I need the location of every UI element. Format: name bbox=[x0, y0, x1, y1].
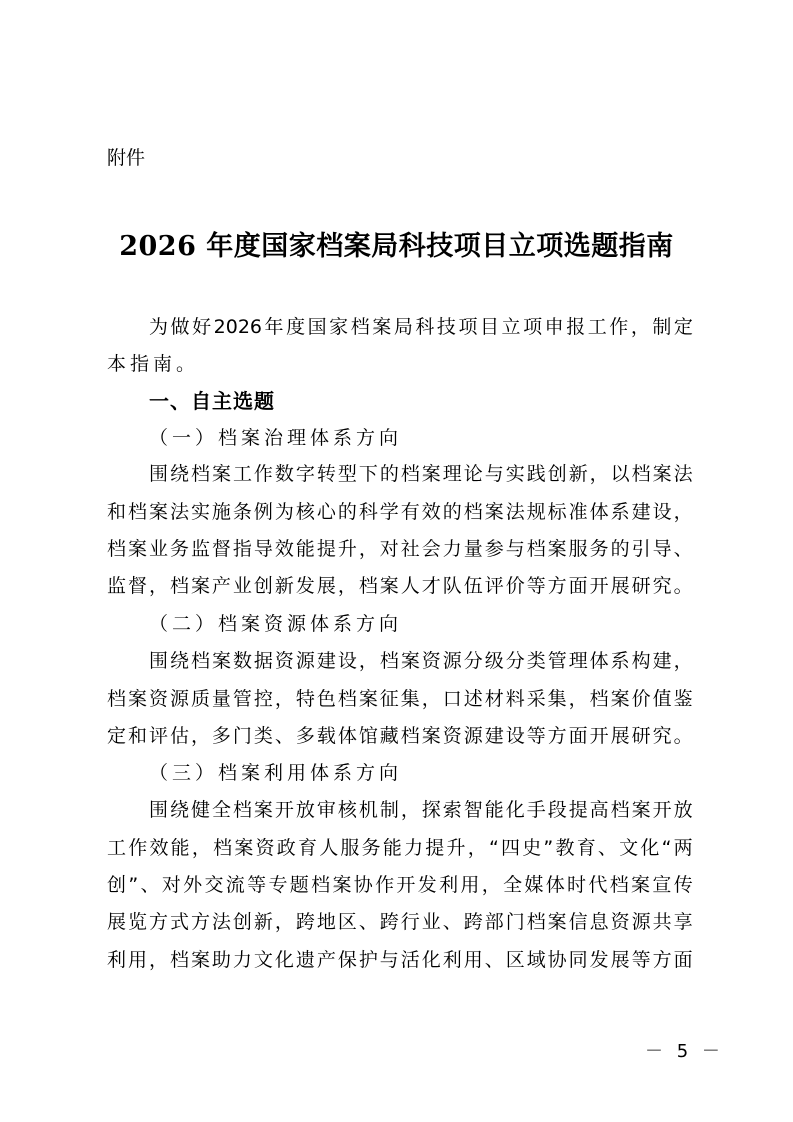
document-page: 附件 2026 年度国家档案局科技项目立项选题指南 为做好2026年度国家档案局… bbox=[0, 0, 793, 1122]
intro-line-1: 为做好2026年度国家档案局科技项目立项申报工作，制定 bbox=[149, 315, 693, 339]
page-number: － 5 － bbox=[645, 1041, 724, 1063]
paragraph-line: 工作效能，档案资政育人服务能力提升，“四史”教育、文化“两 bbox=[107, 836, 693, 860]
paragraph-line: 围绕健全档案开放审核机制，探索智能化手段提高档案开放 bbox=[149, 798, 693, 822]
subsection-heading-3: （三）档案利用体系方向 bbox=[149, 761, 402, 785]
paragraph-line: 展览方式方法创新，跨地区、跨行业、跨部门档案信息资源共享 bbox=[107, 910, 693, 934]
intro-line-2: 本指南。 bbox=[107, 352, 693, 376]
paragraph-line: 档案资源质量管控，特色档案征集，口述材料采集，档案价值鉴 bbox=[107, 687, 693, 711]
paragraph-line: 和档案法实施条例为核心的科学有效的档案法规标准体系建设， bbox=[107, 500, 693, 524]
subsection-heading-1: （一）档案治理体系方向 bbox=[149, 426, 402, 450]
paragraph-line: 监督，档案产业创新发展，档案人才队伍评价等方面开展研究。 bbox=[107, 574, 693, 598]
document-title: 2026 年度国家档案局科技项目立项选题指南 bbox=[0, 230, 793, 264]
paragraph-line: 利用，档案助力文化遗产保护与活化利用、区域协同发展等方面 bbox=[107, 948, 693, 972]
paragraph-line: 围绕档案工作数字转型下的档案理论与实践创新，以档案法 bbox=[149, 462, 693, 486]
paragraph-line: 档案业务监督指导效能提升，对社会力量参与档案服务的引导、 bbox=[107, 537, 693, 561]
section-heading: 一、自主选题 bbox=[149, 389, 275, 413]
paragraph-line: 定和评估，多门类、多载体馆藏档案资源建设等方面开展研究。 bbox=[107, 724, 693, 748]
paragraph-line: 围绕档案数据资源建设，档案资源分级分类管理体系构建， bbox=[149, 649, 693, 673]
paragraph-line: 创”、对外交流等专题档案协作开发利用，全媒体时代档案宣传 bbox=[107, 873, 693, 897]
subsection-heading-2: （二）档案资源体系方向 bbox=[149, 612, 402, 636]
attachment-label: 附件 bbox=[107, 146, 145, 170]
